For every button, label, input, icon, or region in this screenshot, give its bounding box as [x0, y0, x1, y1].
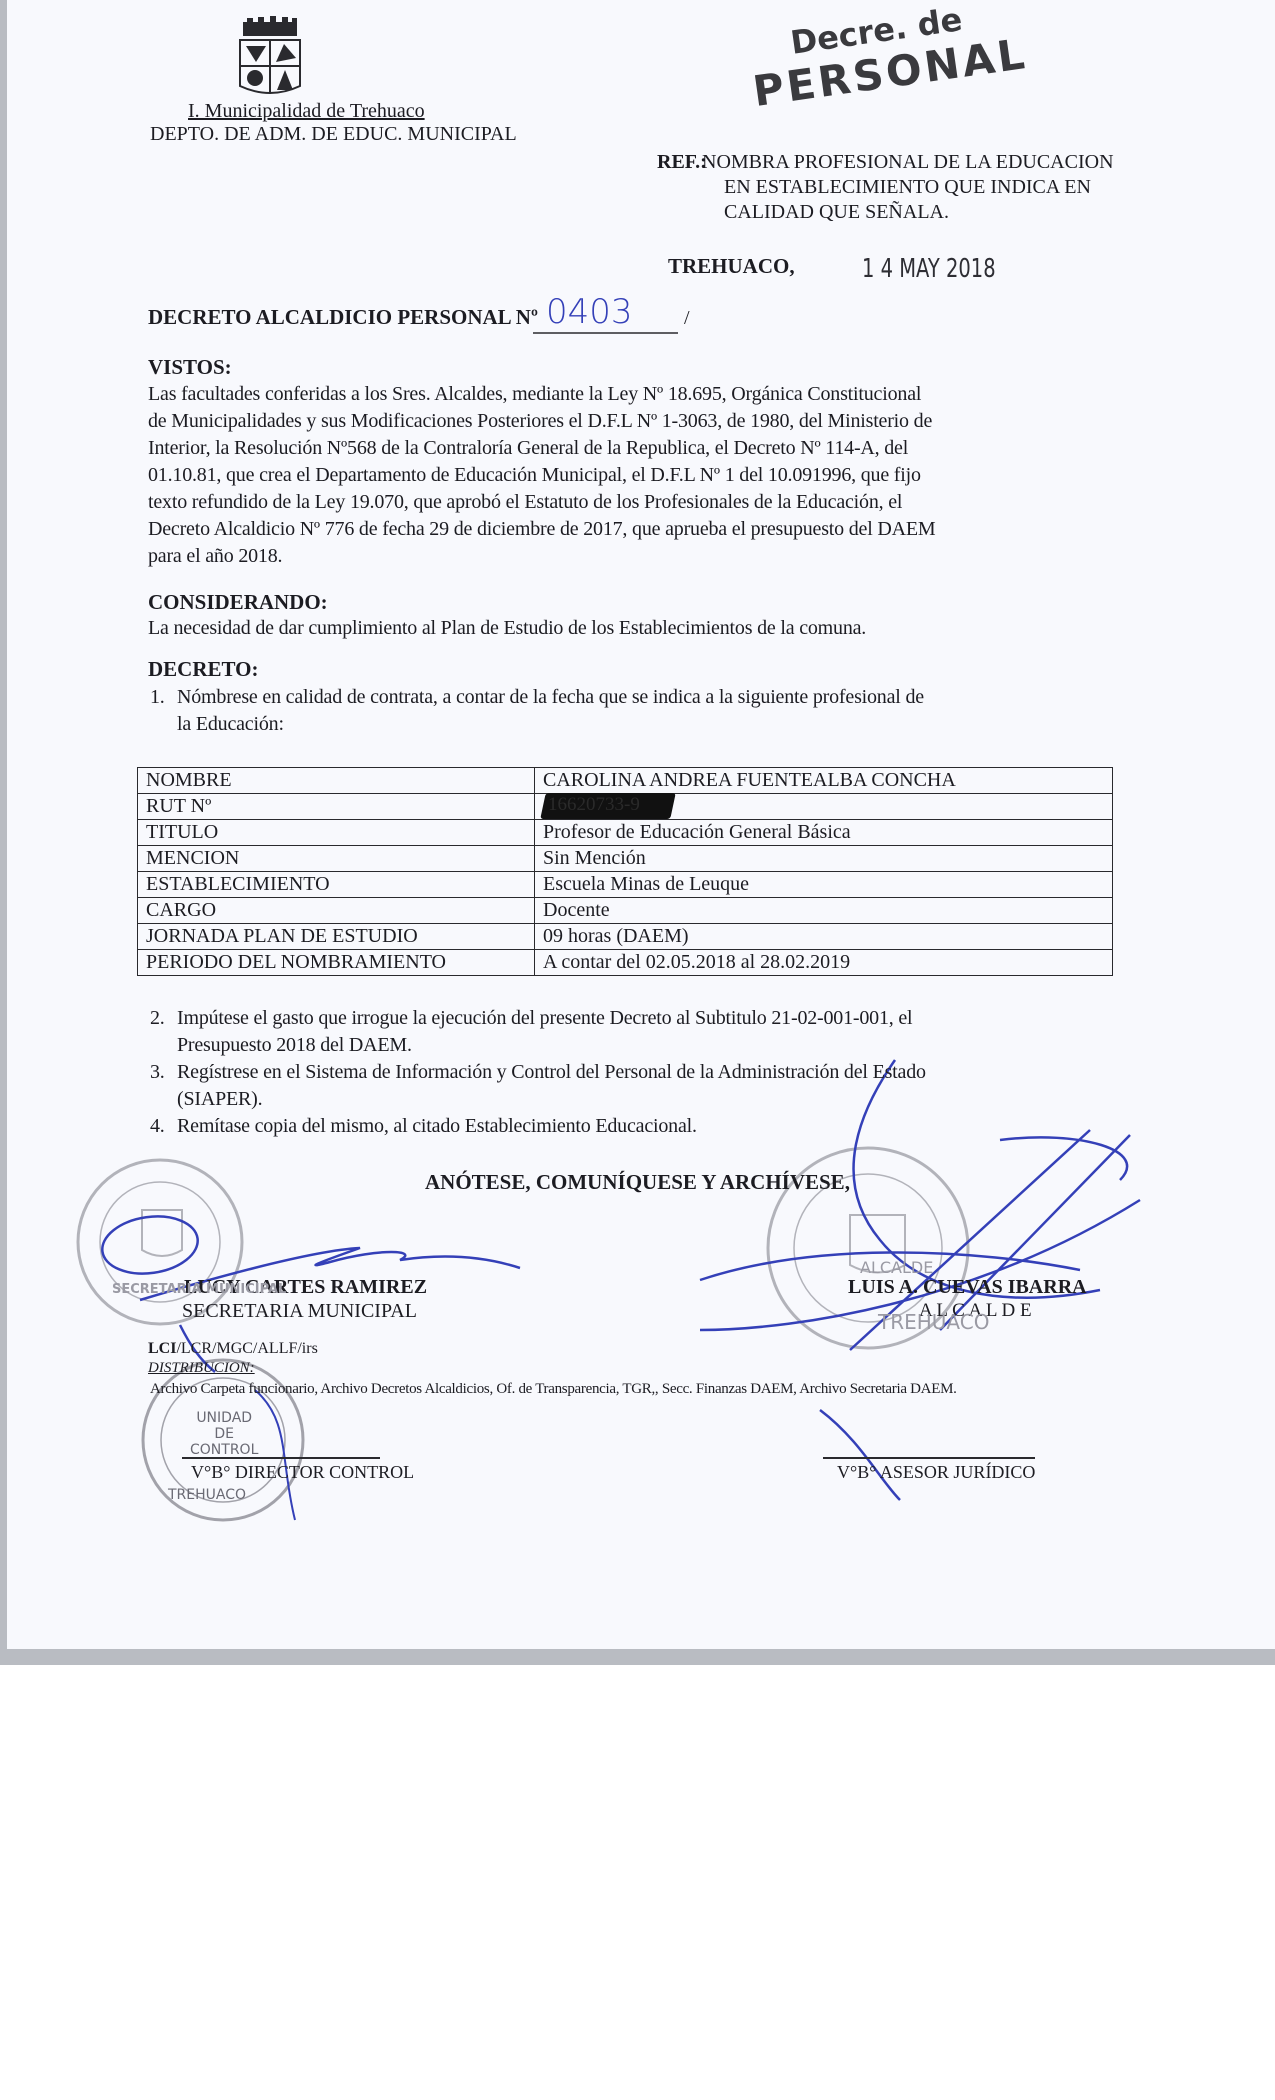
- vistos-line: 01.10.81, que crea el Departamento de Ed…: [148, 464, 921, 487]
- row-label: CARGO: [138, 898, 535, 924]
- vistos-line: de Municipalidades y sus Modificaciones …: [148, 410, 932, 433]
- row-value: Escuela Minas de Leuque: [535, 872, 1113, 898]
- ref-label: REF.:: [657, 151, 707, 174]
- decree-number-suffix: /: [684, 307, 690, 330]
- department-name: DEPTO. DE ADM. DE EDUC. MUNICIPAL: [150, 123, 517, 146]
- item-number: 4.: [150, 1115, 165, 1138]
- row-value: 09 horas (DAEM): [535, 924, 1113, 950]
- item-line: Nómbrese en calidad de contrata, a conta…: [177, 686, 924, 709]
- table-row: TITULOProfesor de Educación General Bási…: [138, 820, 1113, 846]
- item-number: 2.: [150, 1007, 165, 1030]
- row-value: Profesor de Educación General Básica: [535, 820, 1113, 846]
- initials-bold: LCI: [148, 1340, 176, 1357]
- row-value: CAROLINA ANDREA FUENTEALBA CONCHA: [535, 768, 1113, 794]
- row-label: RUT Nº: [138, 794, 535, 820]
- closing-formula: ANÓTESE, COMUNÍQUESE Y ARCHÍVESE,: [425, 1170, 850, 1195]
- row-label: JORNADA PLAN DE ESTUDIO: [138, 924, 535, 950]
- table-row: ESTABLECIMIENTOEscuela Minas de Leuque: [138, 872, 1113, 898]
- vistos-heading: VISTOS:: [148, 355, 232, 380]
- row-label: PERIODO DEL NOMBRAMIENTO: [138, 950, 535, 976]
- considerando-heading: CONSIDERANDO:: [148, 590, 328, 615]
- table-row: PERIODO DEL NOMBRAMIENTOA contar del 02.…: [138, 950, 1113, 976]
- institution-name: I. Municipalidad de Trehuaco: [188, 100, 425, 123]
- seal-control-bottom: TREHUACO: [168, 1487, 246, 1503]
- vistos-line: texto refundido de la Ley 19.070, que ap…: [148, 491, 902, 514]
- vistos-line: Decreto Alcaldicio Nº 776 de fecha 29 de…: [148, 518, 935, 541]
- decree-title: DECRETO ALCALDICIO PERSONAL Nº: [148, 305, 538, 330]
- vistos-line: Las facultades conferidas a los Sres. Al…: [148, 383, 921, 406]
- initials: LCI/LCR/MGC/ALLF/irs: [148, 1340, 318, 1358]
- vistos-line: para el año 2018.: [148, 545, 282, 568]
- row-value: Sin Mención: [535, 846, 1113, 872]
- seal-right-text: ALCALDE: [860, 1258, 933, 1277]
- place: TREHUACO,: [668, 254, 795, 279]
- table-row: NOMBRECAROLINA ANDREA FUENTEALBA CONCHA: [138, 768, 1113, 794]
- item-line: (SIAPER).: [177, 1088, 262, 1111]
- distribution-text: Archivo Carpeta funcionario, Archivo Dec…: [150, 1381, 957, 1398]
- rut-value: 16620733-9: [548, 794, 640, 816]
- initials-rest: /LCR/MGC/ALLF/irs: [176, 1340, 317, 1357]
- table-row: MENCIONSin Mención: [138, 846, 1113, 872]
- row-label: ESTABLECIMIENTO: [138, 872, 535, 898]
- vb-asesor-juridico: V°B° ASESOR JURÍDICO: [837, 1462, 1035, 1483]
- seal-left-text: SECRETARIA MUNICIPAL: [112, 1282, 286, 1297]
- ref-line: CALIDAD QUE SEÑALA.: [724, 201, 949, 224]
- row-value: A contar del 02.05.2018 al 28.02.2019: [535, 950, 1113, 976]
- seal-control-text: UNIDAD DE CONTROL: [190, 1410, 258, 1458]
- distribution-label: DISTRIBUCION:: [148, 1360, 255, 1377]
- item-number: 1.: [150, 686, 165, 709]
- decreto-heading: DECRETO:: [148, 657, 258, 682]
- row-label: MENCION: [138, 846, 535, 872]
- vistos-line: Interior, la Resolución Nº568 de la Cont…: [148, 437, 908, 460]
- table-row: CARGODocente: [138, 898, 1113, 924]
- seal-control-line: CONTROL: [190, 1442, 258, 1458]
- row-label: NOMBRE: [138, 768, 535, 794]
- ref-line: EN ESTABLECIMIENTO QUE INDICA EN: [724, 176, 1091, 199]
- table-row: JORNADA PLAN DE ESTUDIO09 horas (DAEM): [138, 924, 1113, 950]
- item-line: Impútese el gasto que irrogue la ejecuci…: [177, 1007, 912, 1030]
- alcalde-name: LUIS A. CUEVAS IBARRA: [848, 1276, 1087, 1299]
- vb-director-line: [182, 1457, 380, 1459]
- item-line: Regístrese en el Sistema de Información …: [177, 1061, 926, 1084]
- item-line: Remítase copia del mismo, al citado Esta…: [177, 1115, 697, 1138]
- date-stamp: 1 4 MAY 2018: [862, 254, 996, 284]
- considerando-text: La necesidad de dar cumplimiento al Plan…: [148, 617, 866, 640]
- ref-line: NOMBRA PROFESIONAL DE LA EDUCACION: [702, 151, 1114, 174]
- item-number: 3.: [150, 1061, 165, 1084]
- vb-asesor-line: [823, 1457, 1035, 1459]
- row-label: TITULO: [138, 820, 535, 846]
- seal-control-line: DE: [190, 1426, 258, 1442]
- decree-number: 0403: [546, 292, 633, 332]
- row-value: Docente: [535, 898, 1113, 924]
- secretaria-title: SECRETARIA MUNICIPAL: [182, 1300, 417, 1323]
- seal-right-bottom: TREHUACO: [878, 1310, 989, 1334]
- seal-control-line: UNIDAD: [190, 1410, 258, 1426]
- item-line: Presupuesto 2018 del DAEM.: [177, 1034, 412, 1057]
- vb-director-control: V°B° DIRECTOR CONTROL: [191, 1462, 414, 1483]
- item-line: la Educación:: [177, 713, 284, 736]
